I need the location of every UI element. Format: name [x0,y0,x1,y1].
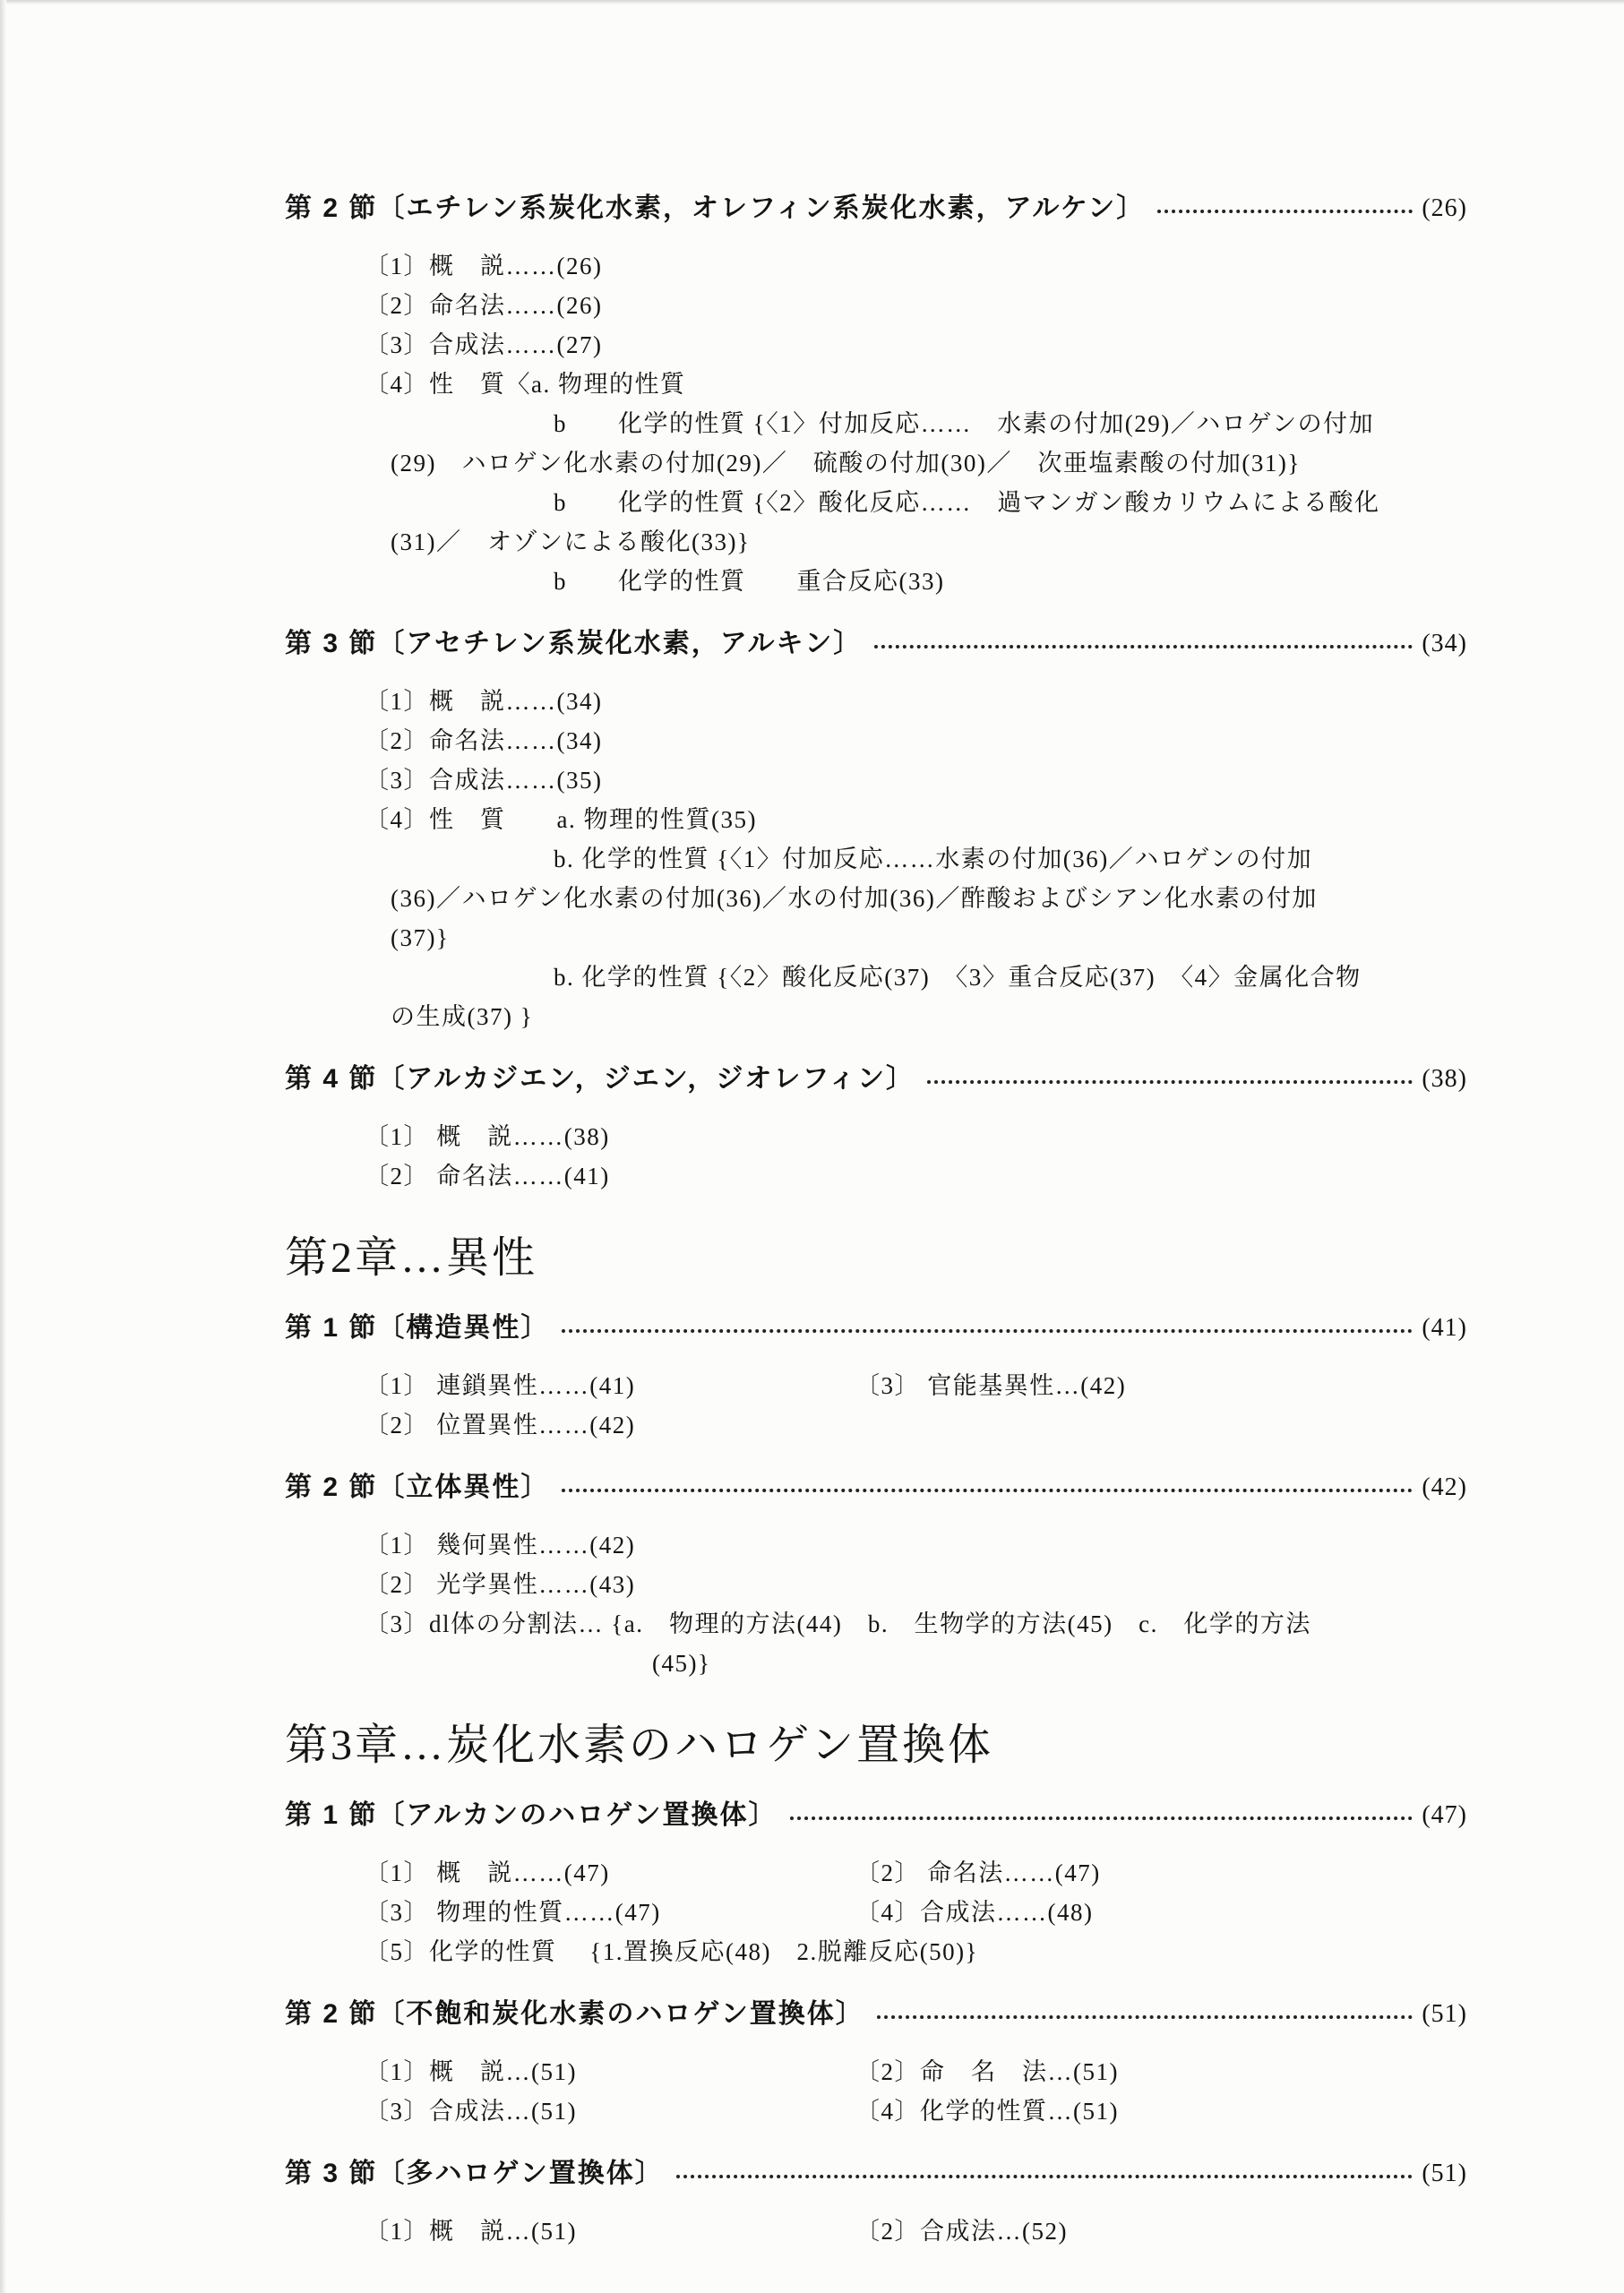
page-number: (26) [1422,189,1467,228]
toc-entry: 〔1〕概 説…(51) [365,2058,577,2085]
toc-entry: 〔4〕化学的性質…(51) [855,2091,1119,2131]
dot-leader [562,1329,1413,1333]
toc-entry: 〔2〕 命名法……(41) [365,1156,1467,1196]
toc-entry-two-col: 〔1〕概 説…(51) 〔2〕命 名 法…(51) [365,2052,1467,2091]
chapter-heading: 第2章…異性 [285,1232,1467,1285]
section-title: 第 2 節〔立体異性〕 [285,1468,549,1507]
section-title: 第 3 節〔アセチレン系炭化水素，アルキン〕 [285,624,862,664]
toc-content: 第 2 節〔エチレン系炭化水素，オレフィン系炭化水素，アルケン〕 (26) 〔1… [0,0,1624,2251]
dot-leader [877,2015,1413,2019]
toc-entry-two-col: 〔3〕 物理的性質……(47) 〔4〕合成法……(48) [365,1893,1467,1932]
section-title: 第 4 節〔アルカジエン，ジエン，ジオレフィン〕 [285,1060,915,1099]
toc-entry: 〔2〕命名法……(34) [365,721,1467,760]
toc-entry: 〔1〕 概 説……(47) [365,1859,610,1886]
toc-subentry-wrap: (36)／ハロゲン化水素の付加(36)／水の付加(36)／酢酸およびシアン化水素… [391,879,1467,918]
toc-entry: 〔3〕 官能基異性…(42) [855,1366,1126,1405]
toc-subentry-wrap: (45)} [652,1644,1467,1683]
toc-entry: 〔1〕概 説……(26) [365,246,1467,286]
dot-leader [790,1816,1413,1820]
toc-entry: 〔1〕 連鎖異性……(41) [365,1372,635,1399]
toc-entry-two-col: 〔1〕 連鎖異性……(41) 〔3〕 官能基異性…(42) [365,1366,1467,1405]
section-title: 第 2 節〔エチレン系炭化水素，オレフィン系炭化水素，アルケン〕 [285,189,1145,228]
toc-section-header: 第 2 節〔不飽和炭化水素のハロゲン置換体〕 (51) [285,1995,1467,2034]
page-number: (42) [1422,1468,1467,1507]
toc-section-header: 第 3 節〔多ハロゲン置換体〕 (51) [285,2154,1467,2194]
page-number: (51) [1422,1995,1467,2034]
page-number: (34) [1422,624,1467,664]
section-title: 第 2 節〔不飽和炭化水素のハロゲン置換体〕 [285,1995,864,2034]
toc-entry: 〔3〕合成法…(51) [365,2098,577,2125]
toc-section-header: 第 3 節〔アセチレン系炭化水素，アルキン〕 (34) [285,624,1467,664]
toc-entry: 〔2〕 命名法……(47) [855,1853,1101,1893]
toc-subentry: b 化学的性質 {〈1〉付加反応…… 水素の付加(29)／ハロゲンの付加 [554,404,1467,443]
page-number: (41) [1422,1309,1467,1348]
section-title: 第 3 節〔多ハロゲン置換体〕 [285,2154,664,2194]
toc-entry: 〔3〕dl体の分割法… {a. 物理的方法(44) b. 生物学的方法(45) … [365,1604,1467,1644]
section-title: 第 1 節〔構造異性〕 [285,1309,549,1348]
toc-entry: 〔4〕性 質 a. 物理的性質(35) [365,800,1467,839]
toc-subentry: b. 化学的性質 {〈2〉酸化反応(37) 〈3〉重合反応(37) 〈4〉金属化… [554,958,1467,997]
page-number: (38) [1422,1060,1467,1099]
toc-subentry-wrap: (29) ハロゲン化水素の付加(29)／ 硫酸の付加(30)／ 次亜塩素酸の付加… [391,443,1467,483]
toc-entry-two-col: 〔3〕合成法…(51) 〔4〕化学的性質…(51) [365,2091,1467,2131]
toc-section-header: 第 1 節〔構造異性〕 (41) [285,1309,1467,1348]
toc-subentry-wrap: (37)} [391,918,1467,958]
toc-entry: 〔1〕概 説……(34) [365,682,1467,721]
section-title: 第 1 節〔アルカンのハロゲン置換体〕 [285,1796,778,1835]
dot-leader [927,1080,1413,1084]
toc-entry: 〔3〕合成法……(27) [365,325,1467,365]
toc-subentry: b 化学的性質 重合反応(33) [554,562,1467,601]
toc-subentry-wrap: の生成(37) } [391,997,1467,1036]
toc-subentry: b 化学的性質 {〈2〉酸化反応…… 過マンガン酸カリウムによる酸化 [554,483,1467,522]
toc-entry: 〔1〕 概 説……(38) [365,1117,1467,1156]
toc-section-header: 第 2 節〔エチレン系炭化水素，オレフィン系炭化水素，アルケン〕 (26) [285,189,1467,228]
toc-entry: 〔5〕化学的性質 {1.置換反応(48) 2.脱離反応(50)} [365,1932,1467,1971]
toc-entry: 〔1〕 幾何異性……(42) [365,1525,1467,1565]
toc-entry: 〔2〕 光学異性……(43) [365,1565,1467,1604]
page-number: (51) [1422,2154,1467,2194]
toc-subentry-wrap: (31)／ オゾンによる酸化(33)} [391,522,1467,562]
toc-entry: 〔3〕合成法……(35) [365,760,1467,800]
dot-leader [676,2175,1413,2178]
chapter-heading: 第3章…炭化水素のハロゲン置換体 [285,1719,1467,1773]
toc-entry: 〔1〕概 説…(51) [365,2218,577,2245]
toc-entry: 〔4〕合成法……(48) [855,1893,1093,1932]
toc-section-header: 第 1 節〔アルカンのハロゲン置換体〕 (47) [285,1796,1467,1835]
toc-entry: 〔3〕 物理的性質……(47) [365,1899,661,1926]
toc-entry: 〔4〕性 質〈a. 物理的性質 [365,365,1467,404]
toc-entry: 〔2〕命名法……(26) [365,286,1467,325]
toc-section-header: 第 2 節〔立体異性〕 (42) [285,1468,1467,1507]
dot-leader [874,645,1413,648]
dot-leader [1157,210,1413,213]
toc-entry-two-col: 〔1〕 概 説……(47) 〔2〕 命名法……(47) [365,1853,1467,1893]
toc-entry-two-col: 〔1〕概 説…(51) 〔2〕合成法…(52) [365,2211,1467,2251]
toc-entry: 〔2〕合成法…(52) [855,2211,1068,2251]
toc-subentry: b. 化学的性質 {〈1〉付加反応……水素の付加(36)／ハロゲンの付加 [554,839,1467,879]
toc-section-header: 第 4 節〔アルカジエン，ジエン，ジオレフィン〕 (38) [285,1060,1467,1099]
toc-entry: 〔2〕命 名 法…(51) [855,2052,1119,2091]
dot-leader [562,1489,1413,1492]
document-page: 第 2 節〔エチレン系炭化水素，オレフィン系炭化水素，アルケン〕 (26) 〔1… [0,0,1624,2293]
page-number: (47) [1422,1796,1467,1835]
toc-entry: 〔2〕 位置異性……(42) [365,1405,1467,1445]
